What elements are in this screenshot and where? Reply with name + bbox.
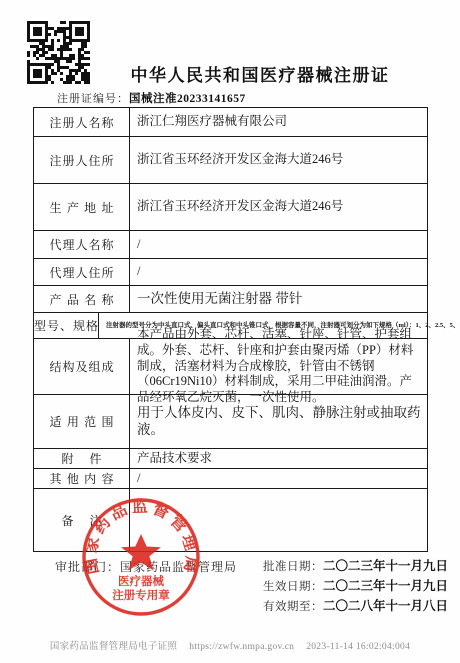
row-label: 产品名称 bbox=[34, 286, 130, 312]
certificate-table: 注册人名称 浙江仁翔医疗器械有限公司 注册人住所 浙江省玉环经济开发区金海大道2… bbox=[33, 107, 428, 552]
cert-number-line: 注册证编号：国械注准20233141657 bbox=[57, 90, 246, 106]
row-label: 生产地址 bbox=[34, 184, 130, 230]
table-row: 其他内容 / bbox=[34, 468, 427, 488]
certificate-page: 中华人民共和国医疗器械注册证 注册证编号：国械注准20233141657 注册人… bbox=[0, 0, 460, 663]
row-label: 注册人名称 bbox=[34, 108, 130, 136]
table-row: 产品名称 一次性使用无菌注射器 带针 bbox=[34, 285, 427, 312]
row-value: 浙江仁翔医疗器械有限公司 bbox=[130, 108, 427, 136]
expiry-date-label: 有效期至： bbox=[263, 601, 323, 613]
row-label: 代理人住所 bbox=[34, 259, 130, 285]
table-row: 结构及组成 本产品由外套、芯杆、活塞、针座、针管、护套组成。外套、芯杆、针座和护… bbox=[34, 338, 427, 394]
row-label-text: 代理人住所 bbox=[50, 264, 114, 281]
footer-issuer: 国家药品监督管理局电子证照 bbox=[50, 642, 177, 652]
row-value: 一次性使用无菌注射器 带针 bbox=[130, 286, 427, 312]
row-label-text: 代理人名称 bbox=[50, 236, 114, 253]
row-label: 代理人名称 bbox=[34, 231, 130, 258]
cert-number-label: 注册证编号： bbox=[57, 93, 129, 105]
approval-dates: 批准日期：二〇二三年十一月九日 生效日期：二〇二三年十一月九日 有效期至：二〇二… bbox=[263, 556, 448, 616]
table-row: 生产地址 浙江省玉环经济开发区金海大道246号 bbox=[34, 183, 427, 230]
row-label-text: 型号、规格 bbox=[34, 317, 98, 334]
row-value: 浙江省玉环经济开发区金海大道246号 bbox=[130, 137, 427, 183]
row-label: 附件 bbox=[34, 449, 130, 468]
footer-line: 国家药品监督管理局电子证照https://zwfw.nmpa.gov.cn202… bbox=[0, 638, 460, 652]
expiry-date-value: 二〇二八年十一月八日 bbox=[323, 599, 448, 613]
row-label-text: 注册人住所 bbox=[50, 152, 114, 169]
row-label: 注册人住所 bbox=[34, 137, 130, 183]
effect-date-value: 二〇二三年十一月九日 bbox=[323, 579, 448, 593]
row-value: 本产品由外套、芯杆、活塞、针座、针管、护套组成。外套、芯杆、针座和护套由聚丙烯（… bbox=[130, 339, 427, 394]
row-label-text: 结构及组成 bbox=[50, 358, 114, 375]
row-label: 结构及组成 bbox=[34, 339, 130, 394]
effect-date-label: 生效日期： bbox=[263, 581, 323, 593]
row-value: 浙江省玉环经济开发区金海大道246号 bbox=[130, 184, 427, 230]
approve-date-value: 二〇二三年十一月九日 bbox=[323, 559, 448, 573]
table-row: 代理人名称 / bbox=[34, 230, 427, 258]
row-label: 适用范围 bbox=[34, 395, 130, 448]
row-value: / bbox=[130, 259, 427, 285]
certificate-title: 中华人民共和国医疗器械注册证 bbox=[60, 61, 460, 86]
row-label-text: 生产地址 bbox=[50, 199, 114, 216]
row-value: 产品技术要求 bbox=[130, 449, 427, 468]
effect-date-line: 生效日期：二〇二三年十一月九日 bbox=[263, 576, 448, 596]
seal-text-line1: 医疗器械 bbox=[118, 574, 164, 588]
row-label-text: 注册人名称 bbox=[50, 114, 114, 131]
row-value: / bbox=[130, 231, 427, 258]
approve-date-line: 批准日期：二〇二三年十一月九日 bbox=[263, 556, 448, 576]
cert-number-value: 国械注准20233141657 bbox=[129, 93, 246, 105]
row-label-text: 产品名称 bbox=[50, 291, 114, 308]
row-value: 用于人体皮内、皮下、肌肉、静脉注射或抽取药液。 bbox=[130, 395, 427, 448]
table-row: 适用范围 用于人体皮内、皮下、肌肉、静脉注射或抽取药液。 bbox=[34, 394, 427, 448]
expiry-date-line: 有效期至：二〇二八年十一月八日 bbox=[263, 596, 448, 616]
row-label: 其他内容 bbox=[34, 469, 130, 488]
row-label-text: 其他内容 bbox=[50, 470, 114, 487]
row-label-text: 附件 bbox=[62, 450, 102, 467]
footer-timestamp: 2023-11-14 16:02:04:004 bbox=[306, 642, 410, 652]
row-label-text: 适用范围 bbox=[50, 413, 114, 430]
approve-date-label: 批准日期： bbox=[263, 561, 323, 573]
table-row: 注册人名称 浙江仁翔医疗器械有限公司 bbox=[34, 108, 427, 136]
table-row: 代理人住所 / bbox=[34, 258, 427, 285]
star-icon bbox=[121, 534, 161, 570]
table-row: 注册人住所 浙江省玉环经济开发区金海大道246号 bbox=[34, 136, 427, 183]
official-seal: 国家药品监督管理局 医疗器械 注册专用章 bbox=[80, 496, 202, 618]
footer-url: https://zwfw.nmpa.gov.cn bbox=[189, 642, 294, 652]
row-label: 型号、规格 bbox=[34, 313, 99, 338]
seal-text-line2: 注册专用章 bbox=[112, 588, 170, 602]
row-value: / bbox=[130, 469, 427, 488]
table-row: 附件 产品技术要求 bbox=[34, 448, 427, 468]
